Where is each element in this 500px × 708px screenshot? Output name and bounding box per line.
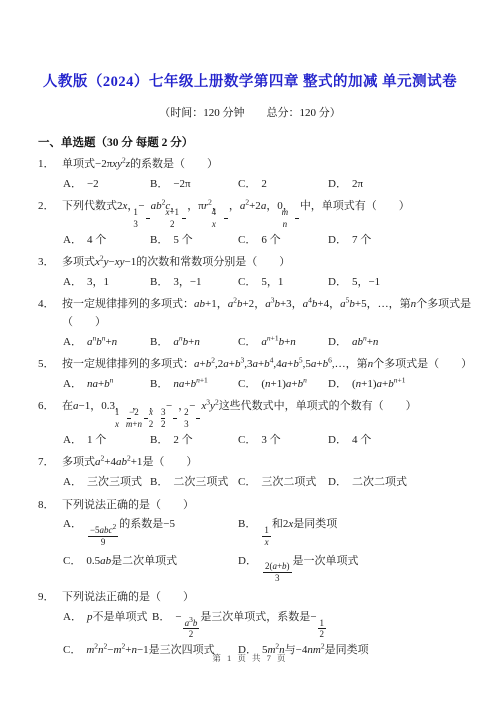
option-label: C．	[238, 476, 256, 488]
option-C: C．(n+1)a+bn	[238, 376, 328, 394]
option-row: A．−2B．−2πC．2D．2π	[63, 176, 470, 194]
option-label: B．	[150, 336, 168, 348]
question-number: 7．	[38, 454, 56, 472]
option-label: A．	[63, 276, 82, 288]
option-B: B．−a3b2是三次单项式，系数是−12	[152, 609, 470, 640]
question: 3．多项式x2y−xy−1的次数和常数项分别是（ ）A．3，1B．3，−1C．5…	[0, 254, 474, 291]
option-label: A．	[63, 234, 82, 246]
option-label: C．	[238, 336, 256, 348]
question-number: 9．	[38, 589, 56, 607]
questions: 1．单项式−2πxy2z的系数是（ ）A．−2B．−2πC．2D．2π2．下列代…	[0, 156, 474, 660]
option-C: C．6 个	[238, 232, 328, 250]
option-B: B．1x和2x是同类项	[238, 516, 470, 547]
option-D: D．5，−1	[328, 274, 470, 292]
option-row: A．p不是单项式B．−a3b2是三次单项式，系数是−12	[63, 609, 470, 640]
question: 1．单项式−2πxy2z的系数是（ ）A．−2B．−2πC．2D．2π	[0, 156, 474, 193]
option-A: A．4 个	[63, 232, 150, 250]
question-number: 4．	[38, 296, 56, 314]
option-label: B．	[150, 234, 168, 246]
question-number: 2．	[38, 198, 56, 216]
option-label: C．	[238, 434, 256, 446]
option-label: D．	[328, 178, 347, 190]
question-stem: 5．按一定规律排列的多项式：a+b2,2a+b3,3a+b4,4a+b5,5a+…	[0, 356, 474, 374]
option-label: C．	[238, 276, 256, 288]
question-number: 8．	[38, 497, 56, 515]
option-label: B．	[152, 611, 170, 623]
option-C: C．3 个	[238, 432, 328, 450]
page-header: 人教版（2024）七年级上册数学第四章 整式的加减 单元测试卷 （时间：120 …	[0, 0, 500, 120]
option-D: D．abn+n	[328, 334, 470, 352]
question: 8．下列说法正确的是（ ）A．−5abc29的系数是−5B．1x和2x是同类项C…	[0, 497, 474, 584]
option-D: D．2π	[328, 176, 470, 194]
page-number: 第 1 页 共 7 页	[0, 652, 500, 664]
option-A: A．3，1	[63, 274, 150, 292]
option-B: B．2 个	[150, 432, 238, 450]
document-page: 人教版（2024）七年级上册数学第四章 整式的加减 单元测试卷 （时间：120 …	[0, 0, 500, 708]
question-stem: 8．下列说法正确的是（ ）	[0, 497, 474, 515]
option-C: C．an+1b+n	[238, 334, 328, 352]
option-label: D．	[328, 336, 347, 348]
option-label: A．	[63, 336, 82, 348]
option-A: A．−2	[63, 176, 150, 194]
option-label: A．	[63, 434, 82, 446]
option-label: D．	[328, 434, 347, 446]
option-D: D．(n+1)a+bn+1	[328, 376, 470, 394]
option-label: A．	[63, 476, 82, 488]
option-row: A．na+bnB．na+bn+1C．(n+1)a+bnD．(n+1)a+bn+1	[63, 376, 470, 394]
option-label: D．	[328, 378, 347, 390]
option-label: B．	[150, 178, 168, 190]
option-label: A．	[63, 518, 82, 530]
option-A: A．1 个	[63, 432, 150, 450]
question: 7．多项式a2+4ab2+1是（ ）A．三次三项式B．二次三项式C．三次二项式D…	[0, 454, 474, 491]
option-A: A．三次三项式	[63, 474, 150, 492]
question-stem: 7．多项式a2+4ab2+1是（ ）	[0, 454, 474, 472]
question-number: 3．	[38, 254, 56, 272]
option-row: A．anbn+nB．anb+nC．an+1b+nD．abn+n	[63, 334, 470, 352]
option-label: C．	[63, 555, 81, 567]
question-stem: 9．下列说法正确的是（ ）	[0, 589, 474, 607]
option-label: C．	[238, 178, 256, 190]
option-label: A．	[63, 378, 82, 390]
option-row: A．1 个B．2 个C．3 个D．4 个	[63, 432, 470, 450]
section-heading: 一、单选题（30 分 每题 2 分）	[38, 134, 500, 150]
option-label: D．	[328, 276, 347, 288]
option-A: A．−5abc29的系数是−5	[63, 516, 238, 547]
question: 2．下列代数式2x，−13ab2c，x+12，πr2，4x，a2+2a，0，mn…	[0, 198, 474, 249]
question-number: 5．	[38, 356, 56, 374]
question-stem: 3．多项式x2y−xy−1的次数和常数项分别是（ ）	[0, 254, 474, 272]
option-row: A．4 个B．5 个C．6 个D．7 个	[63, 232, 470, 250]
option-C: C．三次二项式	[238, 474, 328, 492]
option-D: D．7 个	[328, 232, 470, 250]
question: 9．下列说法正确的是（ ）A．p不是单项式B．−a3b2是三次单项式，系数是−1…	[0, 589, 474, 660]
option-label: D．	[328, 234, 347, 246]
option-label: A．	[63, 611, 82, 623]
option-D: D．4 个	[328, 432, 470, 450]
page-title: 人教版（2024）七年级上册数学第四章 整式的加减 单元测试卷	[0, 70, 500, 91]
option-B: B．na+bn+1	[150, 376, 238, 394]
option-label: D．	[328, 476, 347, 488]
question-number: 6．	[38, 398, 56, 416]
option-A: A．na+bn	[63, 376, 150, 394]
option-A: A．p不是单项式	[63, 609, 152, 640]
option-C: C．5，1	[238, 274, 328, 292]
option-label: B．	[150, 378, 168, 390]
option-C: C．2	[238, 176, 328, 194]
question-number: 1．	[38, 156, 56, 174]
option-B: B．3，−1	[150, 274, 238, 292]
question-stem: 2．下列代数式2x，−13ab2c，x+12，πr2，4x，a2+2a，0，mn…	[0, 198, 474, 229]
option-D: D．二次二项式	[328, 474, 470, 492]
question: 5．按一定规律排列的多项式：a+b2,2a+b3,3a+b4,4a+b5,5a+…	[0, 356, 474, 393]
option-C: C．0.5ab是二次单项式	[63, 553, 238, 584]
question-stem: 6．在a−1，0.3，1x，−2m+n，x2−32，−23x3y2这些代数式中，…	[0, 398, 474, 429]
option-label: C．	[238, 234, 256, 246]
option-label: C．	[238, 378, 256, 390]
option-row: A．−5abc29的系数是−5B．1x和2x是同类项C．0.5ab是二次单项式D…	[63, 516, 470, 584]
option-B: B．anb+n	[150, 334, 238, 352]
exam-time-score: （时间：120 分钟 总分：120 分）	[0, 104, 500, 120]
option-B: B．5 个	[150, 232, 238, 250]
option-A: A．anbn+n	[63, 334, 150, 352]
option-row: A．三次三项式B．二次三项式C．三次二项式D．二次二项式	[63, 474, 470, 492]
option-label: A．	[63, 178, 82, 190]
option-D: D．2(a+b)3是一次单项式	[238, 553, 470, 584]
option-label: B．	[238, 518, 256, 530]
option-B: B．−2π	[150, 176, 238, 194]
question-stem: 1．单项式−2πxy2z的系数是（ ）	[0, 156, 474, 174]
option-label: D．	[238, 555, 257, 567]
option-B: B．二次三项式	[150, 474, 238, 492]
option-row: A．3，1B．3，−1C．5，1D．5，−1	[63, 274, 470, 292]
question-stem: 4．按一定规律排列的多项式：ab+1，a2b+2，a3b+3，a4b+4，a5b…	[0, 296, 474, 331]
option-label: B．	[150, 276, 168, 288]
option-label: B．	[150, 476, 168, 488]
question: 6．在a−1，0.3，1x，−2m+n，x2−32，−23x3y2这些代数式中，…	[0, 398, 474, 449]
question: 4．按一定规律排列的多项式：ab+1，a2b+2，a3b+3，a4b+4，a5b…	[0, 296, 474, 351]
option-label: B．	[150, 434, 168, 446]
